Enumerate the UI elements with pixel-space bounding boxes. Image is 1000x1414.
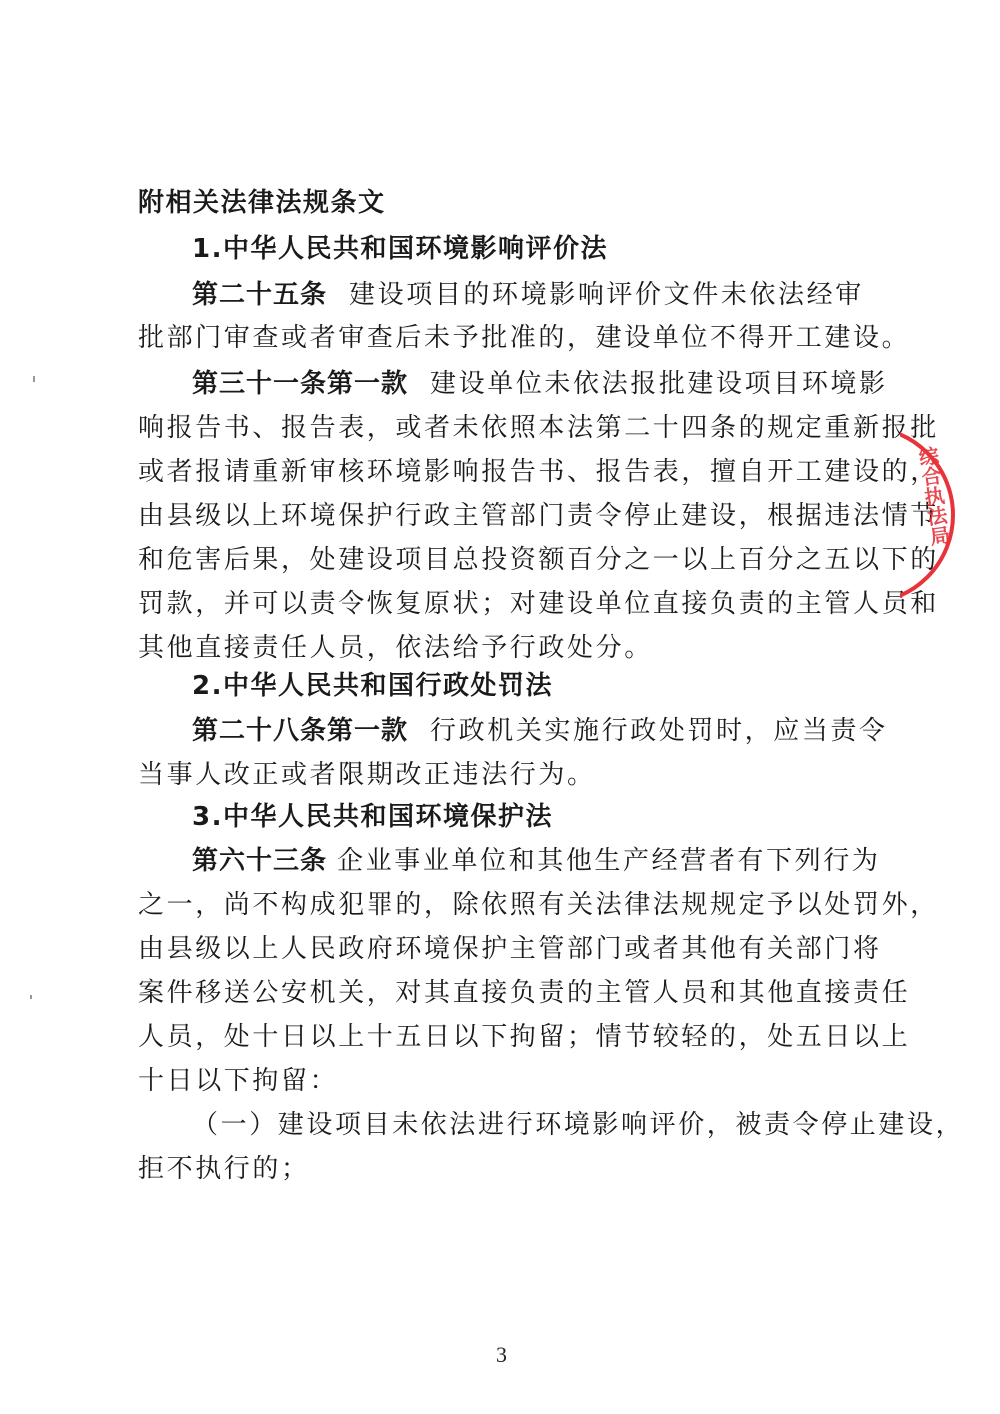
scan-speck	[30, 995, 32, 999]
article-31-line-2: 响报告书、报告表，或者未依照本法第二十四条的规定重新报批	[138, 413, 878, 443]
article-label: 第二十五条	[192, 280, 327, 310]
section-title-3: 3.中华人民共和国环境保护法	[192, 802, 932, 832]
article-63-line-4: 案件移送公安机关，对其直接负责的主管人员和其他直接责任	[138, 978, 878, 1008]
article-28-line-1: 第二十八条第一款行政机关实施行政处罚时，应当责令	[192, 716, 932, 746]
article-28-line-2: 当事人改正或者限期改正违法行为。	[138, 760, 878, 790]
clause-1-line-2: 拒不执行的；	[138, 1154, 878, 1184]
article-31-line-3: 或者报请重新审核环境影响报告书、报告表，擅自开工建设的，	[138, 457, 878, 487]
article-31-line-5: 和危害后果，处建设项目总投资额百分之一以上百分之五以下的	[138, 545, 878, 575]
clause-1-line-1: （一）建设项目未依法进行环境影响评价，被责令停止建设，	[192, 1110, 932, 1140]
section-title-2: 2.中华人民共和国行政处罚法	[192, 671, 932, 701]
article-31-line-1: 第三十一条第一款建设单位未依法报批建设项目环境影	[192, 369, 932, 399]
article-31-line-6: 罚款，并可以责令恢复原状；对建设单位直接负责的主管人员和	[138, 589, 878, 619]
page-number: 3	[496, 1342, 507, 1368]
section-title-1: 1.中华人民共和国环境影响评价法	[192, 234, 932, 264]
article-label: 第六十三条	[192, 846, 327, 876]
appendix-heading: 附相关法律法规条文	[138, 188, 878, 218]
official-seal-stamp: 综合执法局	[900, 425, 960, 610]
article-label: 第三十一条第一款	[192, 369, 408, 399]
article-63-line-1: 第六十三条企业事业单位和其他生产经营者有下列行为	[192, 846, 932, 876]
article-31-line-7: 其他直接责任人员，依法给予行政处分。	[138, 633, 878, 663]
document-page: 附相关法律法规条文 1.中华人民共和国环境影响评价法 第二十五条建设项目的环境影…	[0, 0, 1000, 1414]
article-63-line-6: 十日以下拘留：	[138, 1066, 878, 1096]
article-63-line-2: 之一，尚不构成犯罪的，除依照有关法律法规规定予以处罚外，	[138, 890, 878, 920]
article-25-line-2: 批部门审查或者审查后未予批准的，建设单位不得开工建设。	[138, 323, 878, 353]
scan-speck	[33, 376, 35, 382]
article-label: 第二十八条第一款	[192, 716, 408, 746]
article-63-line-5: 人员，处十日以上十五日以下拘留；情节较轻的，处五日以上	[138, 1022, 878, 1052]
article-31-line-4: 由县级以上环境保护行政主管部门责令停止建设，根据违法情节	[138, 501, 878, 531]
article-25-line-1: 第二十五条建设项目的环境影响评价文件未依法经审	[192, 280, 932, 310]
article-63-line-3: 由县级以上人民政府环境保护主管部门或者其他有关部门将	[138, 934, 878, 964]
